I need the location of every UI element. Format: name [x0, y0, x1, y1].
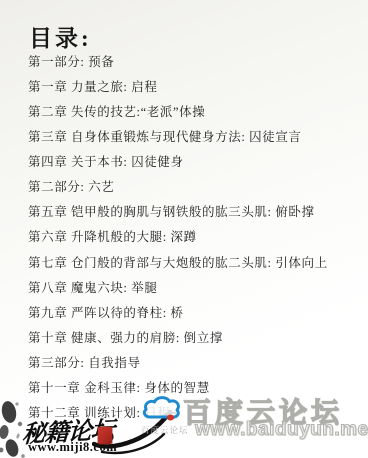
baiduyun-tagline: 百度云论坛: [141, 424, 189, 436]
page-title: 目录:: [29, 20, 92, 53]
toc-item-part2: 第二部分: 六艺: [28, 175, 358, 200]
toc-item-ch8: 第八章 魔鬼六块: 举腿: [28, 276, 358, 301]
toc-item-part3: 第三部分: 自我指导: [28, 351, 358, 376]
toc-item-ch4: 第四章 关于本书: 囚徒健身: [28, 150, 358, 175]
miji-forum-url: www.miji8.com: [28, 440, 117, 455]
cloud-icon: [141, 394, 182, 428]
toc-item-ch7: 第七章 仓门般的背部与大炮般的肱二头肌: 引体向上: [28, 251, 358, 276]
toc-item-ch5: 第五章 铠甲般的胸肌与钢铁般的肱三头肌: 俯卧撑: [28, 200, 358, 225]
toc-item-ch10: 第十章 健康、强力的肩膀: 倒立撑: [28, 326, 358, 351]
toc-item-part1: 第一部分: 预备: [28, 50, 358, 75]
toc-list: 第一部分: 预备 第一章 力量之旅: 启程 第二章 失传的技艺:“老派”体操 第…: [28, 50, 358, 426]
toc-item-ch3: 第三章 自身体重锻炼与现代健身方法: 囚徒宣言: [28, 125, 358, 150]
document-page: 目录: 第一部分: 预备 第一章 力量之旅: 启程 第二章 失传的技艺:“老派”…: [0, 0, 368, 458]
toc-item-ch9: 第九章 严阵以待的脊柱: 桥: [28, 301, 358, 326]
toc-item-ch6: 第六章 升降机般的大腿: 深蹲: [28, 225, 358, 250]
toc-item-ch1: 第一章 力量之旅: 启程: [28, 75, 358, 100]
toc-item-ch2: 第二章 失传的技艺:“老派”体操: [28, 100, 358, 125]
baiduyun-forum-url: www.baiduyun.me: [195, 419, 368, 441]
